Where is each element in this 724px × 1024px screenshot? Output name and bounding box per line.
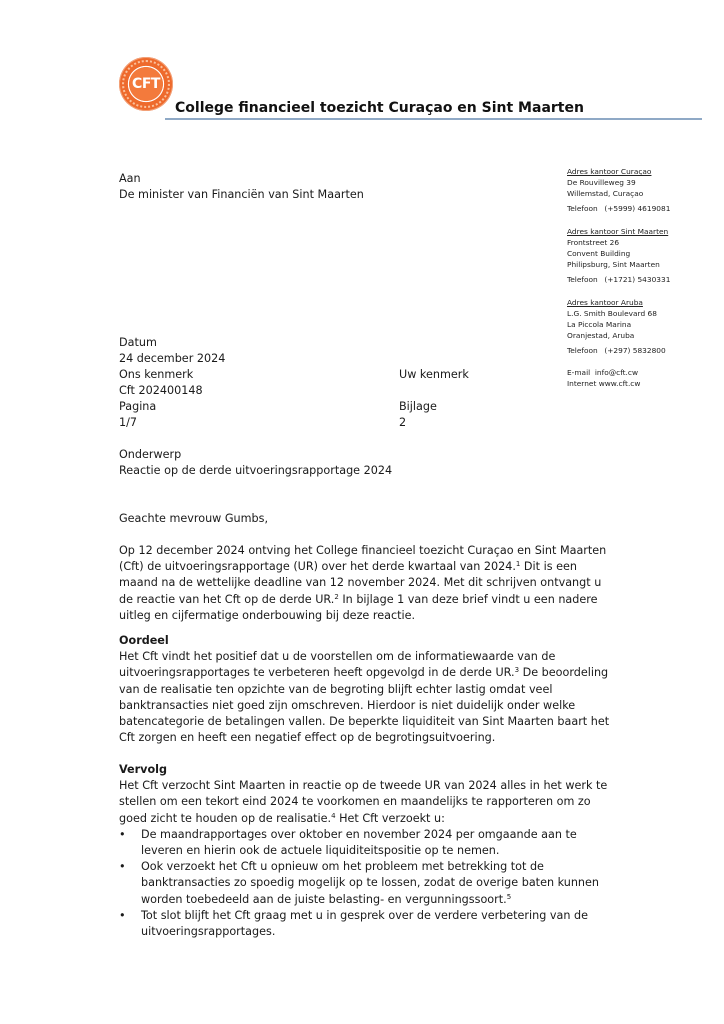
- footnote-ref: 5: [507, 893, 511, 901]
- office-aruba: Adres kantoor Aruba L.G. Smith Boulevard…: [567, 297, 666, 356]
- list-item: • De maandrapportages over oktober en no…: [119, 827, 639, 859]
- office-heading: Adres kantoor Sint Maarten: [567, 226, 670, 237]
- salutation: Geachte mevrouw Gumbs,: [119, 511, 268, 528]
- phone-number: (+5999) 4619081: [604, 204, 670, 213]
- office-heading: Adres kantoor Curaçao: [567, 166, 670, 177]
- text-line: Ook verzoekt het Cft u opnieuw om het pr…: [141, 859, 639, 875]
- text-segment: de reactie van het Cft op de derde UR.: [119, 593, 334, 606]
- vervolg-section: Vervolg Het Cft verzocht Sint Maarten in…: [119, 762, 639, 940]
- attachment-label: Bijlage: [399, 399, 437, 416]
- page-value: 1/7: [119, 415, 137, 432]
- office-address-line: De Rouvilleweg 39: [567, 177, 670, 188]
- text-line: Op 12 december 2024 ontving het College …: [119, 543, 639, 559]
- header-divider: [165, 118, 702, 120]
- text-line: worden toebedeeld aan de juiste belastin…: [141, 892, 639, 908]
- office-address-line: Willemstad, Curaçao: [567, 188, 670, 199]
- office-phone: Telefoon (+297) 5832800: [567, 345, 666, 356]
- phone-number: (+1721) 5430331: [604, 275, 670, 284]
- our-reference-label: Ons kenmerk: [119, 367, 193, 384]
- text-segment: Het Cft verzoekt u:: [336, 812, 445, 825]
- recipient-name: De minister van Financiën van Sint Maart…: [119, 187, 364, 204]
- phone-label: Telefoon: [567, 274, 602, 285]
- text-line: uitvoeringsrapportages.: [141, 924, 639, 940]
- text-segment: goed zicht te houden op de realisatie.: [119, 812, 331, 825]
- text-line: leveren en hierin ook de actuele liquidi…: [141, 843, 639, 859]
- text-line: banktransacties niet goed zijn omschreve…: [119, 698, 639, 714]
- email-link[interactable]: info@cft.cw: [595, 368, 638, 377]
- text-segment: De beoordeling: [519, 666, 608, 679]
- text-segment: In bijlage 1 van deze brief vindt u een …: [339, 593, 598, 606]
- date-label: Datum: [119, 335, 157, 352]
- text-line: uitleg en cijfermatige onderbouwing bij …: [119, 608, 639, 624]
- phone-number: (+297) 5832800: [604, 346, 665, 355]
- internet-label: Internet: [567, 379, 596, 388]
- bullet-icon: •: [119, 859, 126, 875]
- date-value: 24 december 2024: [119, 351, 225, 368]
- org-title: College financieel toezicht Curaçao en S…: [175, 100, 584, 116]
- office-address-line: Oranjestad, Aruba: [567, 330, 666, 341]
- office-phone: Telefoon (+1721) 5430331: [567, 274, 670, 285]
- logo-text: CFT: [132, 76, 160, 92]
- office-address-line: Frontstreet 26: [567, 237, 670, 248]
- office-address-line: L.G. Smith Boulevard 68: [567, 308, 666, 319]
- cft-logo: CFT: [119, 57, 173, 111]
- text-line: goed zicht te houden op de realisatie.4 …: [119, 811, 639, 827]
- text-line: stellen om een tekort eind 2024 te voork…: [119, 794, 639, 810]
- section-heading: Vervolg: [119, 762, 639, 778]
- text-line: Het Cft vindt het positief dat u de voor…: [119, 649, 639, 665]
- page-label: Pagina: [119, 399, 156, 416]
- recipient-label: Aan: [119, 171, 141, 188]
- intro-paragraph: Op 12 december 2024 ontving het College …: [119, 543, 639, 624]
- text-line: maand na de wettelijke deadline van 12 n…: [119, 575, 639, 591]
- oordeel-section: Oordeel Het Cft vindt het positief dat u…: [119, 633, 639, 746]
- text-segment: Dit is een: [520, 560, 577, 573]
- office-curacao: Adres kantoor Curaçao De Rouvilleweg 39 …: [567, 166, 670, 214]
- text-line: Tot slot blijft het Cft graag met u in g…: [141, 908, 639, 924]
- text-segment: uitvoeringsrapportages te verbeteren hee…: [119, 666, 515, 679]
- text-line: Cft zorgen en heeft een negatief effect …: [119, 730, 639, 746]
- attachment-value: 2: [399, 415, 406, 432]
- text-line: banktransacties zo spoedig mogelijk op t…: [141, 875, 639, 891]
- text-line: van de realisatie ten opzichte van de be…: [119, 682, 639, 698]
- website-link[interactable]: www.cft.cw: [599, 379, 641, 388]
- text-line: uitvoeringsrapportages te verbeteren hee…: [119, 665, 639, 681]
- text-line: de reactie van het Cft op de derde UR.2 …: [119, 592, 639, 608]
- your-reference-label: Uw kenmerk: [399, 367, 469, 384]
- contact-info: E-mail info@cft.cw Internet www.cft.cw: [567, 367, 640, 389]
- list-item: • Ook verzoekt het Cft u opnieuw om het …: [119, 859, 639, 908]
- office-address-line: Convent Building: [567, 248, 670, 259]
- text-line: Het Cft verzocht Sint Maarten in reactie…: [119, 778, 639, 794]
- subject-label: Onderwerp: [119, 447, 181, 464]
- phone-label: Telefoon: [567, 345, 602, 356]
- office-address-line: Philipsburg, Sint Maarten: [567, 259, 670, 270]
- office-phone: Telefoon (+5999) 4619081: [567, 203, 670, 214]
- office-heading: Adres kantoor Aruba: [567, 297, 666, 308]
- phone-label: Telefoon: [567, 203, 602, 214]
- list-item: • Tot slot blijft het Cft graag met u in…: [119, 908, 639, 940]
- text-segment: worden toebedeeld aan de juiste belastin…: [141, 893, 507, 906]
- text-line: (Cft) de uitvoeringsrapportage (UR) over…: [119, 559, 639, 575]
- email-label: E-mail: [567, 368, 590, 377]
- section-heading: Oordeel: [119, 633, 639, 649]
- our-reference-value: Cft 202400148: [119, 383, 203, 400]
- office-sint-maarten: Adres kantoor Sint Maarten Frontstreet 2…: [567, 226, 670, 285]
- text-line: batencategorie de betalingen vallen. De …: [119, 714, 639, 730]
- internet-line: Internet www.cft.cw: [567, 378, 640, 389]
- subject-value: Reactie op de derde uitvoeringsrapportag…: [119, 463, 392, 480]
- office-address-line: La Piccola Marina: [567, 319, 666, 330]
- text-segment: (Cft) de uitvoeringsrapportage (UR) over…: [119, 560, 516, 573]
- email-line: E-mail info@cft.cw: [567, 367, 640, 378]
- bullet-icon: •: [119, 908, 126, 924]
- bullet-icon: •: [119, 827, 126, 843]
- text-line: De maandrapportages over oktober en nove…: [141, 827, 639, 843]
